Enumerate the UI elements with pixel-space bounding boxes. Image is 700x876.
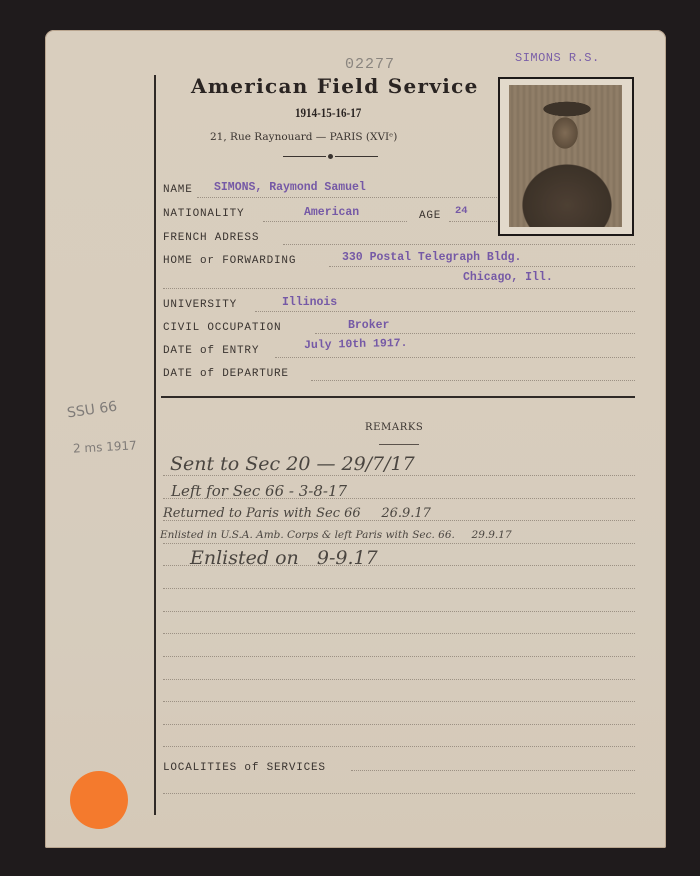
university-line (255, 311, 635, 312)
civil-occupation-line (315, 333, 635, 334)
document-title: American Field Service (191, 74, 479, 98)
home-value-line1: 330 Postal Telegraph Bldg. (342, 251, 521, 264)
localities-label: LOCALITIES of SERVICES (163, 762, 326, 774)
localities-line (351, 770, 635, 771)
civil-occupation-label: CIVIL OCCUPATION (163, 322, 281, 334)
age-line (449, 221, 497, 222)
home-line (329, 266, 635, 267)
margin-note: 2 ms 1917 (73, 438, 137, 455)
remark-entry: Returned to Paris with Sec 66 26.9.17 (163, 506, 431, 521)
remark-line (163, 520, 635, 521)
remark-line (163, 701, 635, 702)
orange-dot-sticker (70, 771, 128, 829)
date-of-entry-label: DATE of ENTRY (163, 345, 259, 357)
university-value: Illinois (282, 296, 337, 309)
localities-line-2 (163, 793, 635, 794)
remark-line (163, 475, 635, 476)
document-years: 1914-15-16-17 (295, 105, 361, 121)
name-value: SIMONS, Raymond Samuel (214, 181, 366, 194)
remark-line (163, 588, 635, 589)
remark-line (163, 543, 635, 544)
stamped-name: SIMONS R.S. (515, 51, 600, 65)
name-line (197, 197, 497, 198)
remark-line (163, 633, 635, 634)
serial-number: 02277 (345, 56, 395, 73)
french-address-label: FRENCH ADRESS (163, 232, 259, 244)
university-label: UNIVERSITY (163, 299, 237, 311)
name-label: NAME (163, 184, 193, 196)
age-label: AGE (419, 210, 441, 222)
remarks-heading: REMARKS (365, 422, 423, 433)
ornament-divider (283, 154, 378, 159)
remark-entry: Sent to Sec 20 — 29/7/17 (170, 453, 415, 475)
date-of-entry-line (275, 357, 635, 358)
vertical-rule (154, 75, 156, 815)
nationality-label: NATIONALITY (163, 208, 244, 220)
remark-line (163, 565, 635, 566)
civil-occupation-value: Broker (348, 319, 389, 332)
date-of-entry-value: July 10th 1917. (304, 337, 408, 352)
remark-line (163, 611, 635, 612)
nationality-value: American (304, 206, 359, 219)
date-of-departure-label: DATE of DEPARTURE (163, 368, 289, 380)
portrait-photo-frame (498, 77, 634, 236)
age-value: 24 (455, 205, 468, 217)
document-address: 21, Rue Raynouard — PARIS (XVIᵉ) (210, 131, 397, 143)
remark-line (163, 746, 635, 747)
nationality-line (263, 221, 407, 222)
portrait-photo (509, 85, 622, 227)
home-value-line2: Chicago, Ill. (463, 271, 553, 284)
date-of-departure-line (311, 380, 635, 381)
registration-card: 02277 American Field Service 1914-15-16-… (45, 30, 666, 848)
margin-note: SSU 66 (66, 399, 118, 422)
remark-line (163, 724, 635, 725)
remark-entry: Enlisted in U.S.A. Amb. Corps & left Par… (160, 529, 512, 541)
remarks-underline (379, 444, 419, 445)
french-address-line (283, 244, 635, 245)
section-divider (161, 396, 635, 398)
remark-line (163, 498, 635, 499)
home-line-2 (163, 288, 635, 289)
remark-line (163, 679, 635, 680)
home-label: HOME or FORWARDING (163, 255, 296, 267)
remark-line (163, 656, 635, 657)
